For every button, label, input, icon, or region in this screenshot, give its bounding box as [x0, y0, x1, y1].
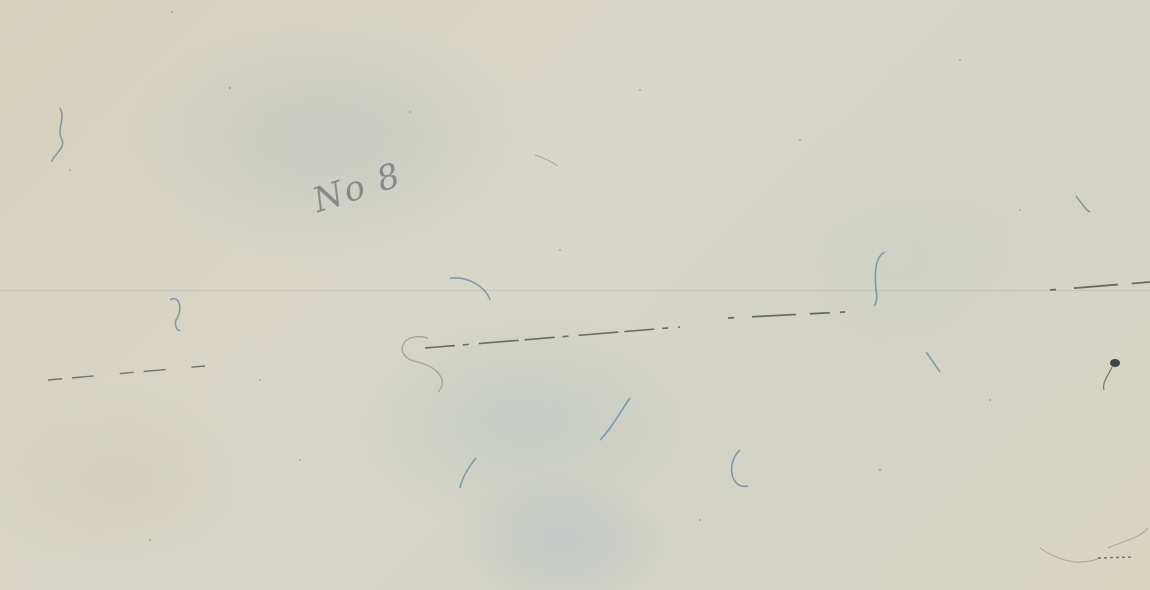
paper-speckles: [69, 11, 1021, 541]
blue-fiber-icon: [1076, 196, 1090, 212]
pencil-marks: [0, 0, 1150, 590]
blue-fiber-icon: [600, 398, 630, 440]
red-fiber-icon: [1108, 528, 1148, 548]
paper-sheet: No 8: [0, 0, 1150, 590]
blue-fiber-icon: [874, 252, 885, 306]
ink-spot-icon: [1104, 359, 1120, 390]
blue-fiber-icon: [732, 450, 748, 486]
blue-fiber-icon: [926, 352, 940, 372]
dotted-mark: [1098, 557, 1134, 558]
blue-fiber-icon: [450, 278, 490, 300]
dashed-rule-right: [728, 282, 1150, 318]
paper-fibers: [52, 108, 1090, 488]
pencil-curl: [402, 337, 442, 392]
dashed-rule-left: [48, 366, 205, 380]
blue-fiber-icon: [170, 299, 180, 331]
blue-fiber-icon: [460, 458, 476, 488]
red-fiber-icon: [1040, 548, 1100, 562]
dashed-rule-center: [425, 327, 680, 348]
blue-fiber-icon: [52, 108, 63, 162]
red-fiber-icon: [535, 155, 558, 166]
